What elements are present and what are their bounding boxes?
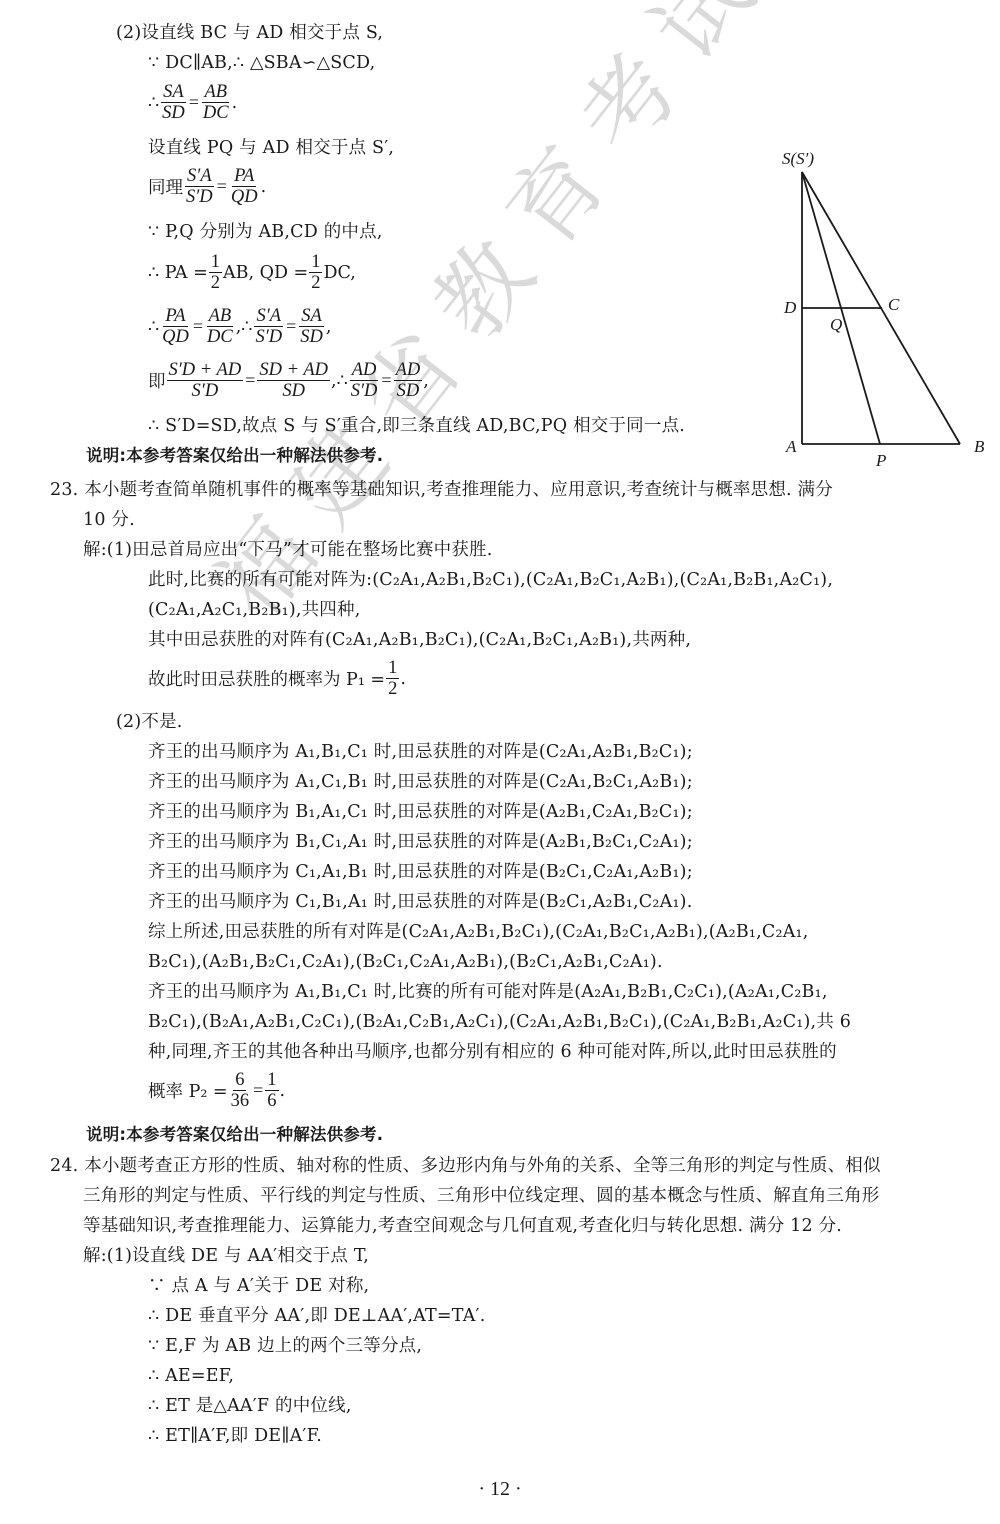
q23-all-line-1: 齐王的出马顺序为 A₁,B₁,C₁ 时,比赛的所有可能对阵是(A₂A₁,B₂B₁… xyxy=(148,980,828,1004)
fraction: PAQD xyxy=(229,166,260,207)
fraction: 636 xyxy=(229,1070,252,1111)
q22-p2-line-3: ∴ SASD = ABDC . xyxy=(148,82,237,123)
label-P: P xyxy=(875,451,886,470)
fraction: SD + ADSD xyxy=(257,360,330,401)
q23-order-line: 齐王的出马顺序为 A₁,C₁,B₁ 时,田忌获胜的对阵是(C₂A₁,B₂C₁,A… xyxy=(148,770,693,794)
fraction: S′D + ADS′D xyxy=(167,360,244,401)
q24-intro-line-1: 24. 本小题考查正方形的性质、轴对称的性质、多边形内角与外角的关系、全等三角形… xyxy=(50,1154,881,1178)
label-A: A xyxy=(785,437,797,456)
q22-p2-line-6: ∵ P,Q 分别为 AB,CD 的中点, xyxy=(148,220,383,244)
q23-order-line: 齐王的出马顺序为 C₁,B₁,A₁ 时,田忌获胜的对阵是(B₂C₁,A₂B₁,C… xyxy=(148,890,692,914)
q23-all-line-2: B₂C₁),(B₂A₁,A₂B₁,C₂C₁),(B₂A₁,C₂B₁,A₂C₁),… xyxy=(148,1010,851,1034)
q22-p2-line-4: 设直线 PQ 与 AD 相交于点 S′, xyxy=(148,136,394,160)
fraction: ADSD xyxy=(394,360,423,401)
q24-line: ∵ E,F 为 AB 边上的两个三等分点, xyxy=(148,1334,422,1358)
q23-probability-line: 概率 P₂ = 636 = 16 . xyxy=(148,1070,285,1111)
q23-p1-line-3: (C₂A₁,A₂C₁,B₂B₁),共四种, xyxy=(148,598,360,622)
q24-intro-line-3: 等基础知识,考查推理能力、运算能力,考查空间观念与几何直观,考查化归与转化思想.… xyxy=(83,1214,842,1238)
q24-line: ∵ 点 A 与 A′关于 DE 对称, xyxy=(148,1274,369,1298)
q22-p2-line-2: ∵ DC∥AB,∴ △SBA∽△SCD, xyxy=(148,51,375,75)
fraction: SASD xyxy=(298,306,325,347)
fraction: ADS′D xyxy=(349,360,380,401)
trapezoid-diagram: S(S′)DCQAPB xyxy=(760,140,1000,470)
fraction: 12 xyxy=(386,658,399,699)
q24-line: ∴ AE=EF, xyxy=(148,1364,234,1388)
q22-p2-line-1: (2)设直线 BC 与 AD 相交于点 S, xyxy=(116,21,383,45)
label-Q: Q xyxy=(830,315,842,334)
document-page: 福建省教育考试院 (2)设直线 BC 与 AD 相交于点 S, ∵ DC∥AB,… xyxy=(0,0,1000,1524)
fraction: S′AS′D xyxy=(184,166,215,207)
q23-order-line: 齐王的出马顺序为 A₁,B₁,C₁ 时,田忌获胜的对阵是(C₂A₁,A₂B₁,B… xyxy=(148,740,693,764)
q23-order-line: 齐王的出马顺序为 B₁,C₁,A₁ 时,田忌获胜的对阵是(A₂B₁,B₂C₁,C… xyxy=(148,830,693,854)
q23-p1-line-5: 故此时田忌获胜的概率为 P₁ = 12 . xyxy=(148,658,406,699)
fraction: 12 xyxy=(309,252,322,293)
q22-p2-line-10: ∴ S′D=SD,故点 S 与 S′重合,即三条直线 AD,BC,PQ 相交于同… xyxy=(148,414,685,438)
q22-p2-line-7: ∴ PA = 12 AB, QD = 12 DC, xyxy=(148,252,356,293)
q23-intro-line-2: 10 分. xyxy=(83,508,135,532)
therefore-symbol: ∴ xyxy=(148,93,159,113)
label-B: B xyxy=(974,437,985,456)
fraction: PAQD xyxy=(160,306,191,347)
q23-order-line: 齐王的出马顺序为 B₁,A₁,C₁ 时,田忌获胜的对阵是(A₂B₁,C₂A₁,B… xyxy=(148,800,693,824)
q22-note: 说明:本参考答案仅给出一种解法供参考. xyxy=(86,444,383,468)
q23-intro-line-1: 23. 本小题考查简单随机事件的概率等基础知识,考查推理能力、应用意识,考查统计… xyxy=(50,478,833,502)
fraction: SASD xyxy=(160,82,187,123)
q23-all-line-3: 种,同理,齐王的其他各种出马顺序,也都分别有相应的 6 种可能对阵,所以,此时田… xyxy=(148,1040,837,1064)
q23-p1-line-2: 此时,比赛的所有可能对阵为:(C₂A₁,A₂B₁,B₂C₁),(C₂A₁,B₂C… xyxy=(148,568,833,592)
q24-line: ∴ ET∥A′F,即 DE∥A′F. xyxy=(148,1424,322,1448)
page-number: · 12 · xyxy=(0,1478,1000,1501)
q23-p1-line-4: 其中田忌获胜的对阵有(C₂A₁,A₂B₁,B₂C₁),(C₂A₁,B₂C₁,A₂… xyxy=(148,628,691,652)
q23-order-line: 齐王的出马顺序为 C₁,A₁,B₁ 时,田忌获胜的对阵是(B₂C₁,C₂A₁,A… xyxy=(148,860,693,884)
label-S: S(S′) xyxy=(782,149,814,168)
q23-summary-line-1: 综上所述,田忌获胜的所有对阵是(C₂A₁,A₂B₁,B₂C₁),(C₂A₁,B₂… xyxy=(148,920,809,944)
q23-summary-line-2: B₂C₁),(A₂B₁,B₂C₁,C₂A₁),(B₂C₁,C₂A₁,A₂B₁),… xyxy=(148,950,663,974)
q23-note: 说明:本参考答案仅给出一种解法供参考. xyxy=(86,1123,383,1147)
label-C: C xyxy=(888,295,900,314)
fraction: S′AS′D xyxy=(253,306,284,347)
q23-p1-line-1: 解:(1)田忌首局应出“下马”才可能在整场比赛中获胜. xyxy=(83,538,493,562)
fraction: ABDC xyxy=(205,306,235,347)
fraction: 12 xyxy=(209,252,222,293)
q24-line: 解:(1)设直线 DE 与 AA′相交于点 T, xyxy=(83,1244,369,1268)
fraction: 16 xyxy=(265,1070,278,1111)
q22-p2-line-5: 同理 S′AS′D = PAQD . xyxy=(148,166,266,207)
q22-p2-line-8: ∴ PAQD = ABDC ,∴ S′AS′D = SASD , xyxy=(148,306,331,347)
q24-intro-line-2: 三角形的判定与性质、平行线的判定与性质、三角形中位线定理、圆的基本概念与性质、解… xyxy=(83,1184,880,1208)
fraction: ABDC xyxy=(201,82,231,123)
label-D: D xyxy=(783,298,797,317)
q24-line: ∴ ET 是△AA′F 的中位线, xyxy=(148,1394,352,1418)
q24-line: ∴ DE 垂直平分 AA′,即 DE⊥AA′,AT=TA′. xyxy=(148,1304,485,1328)
q23-p2-line-1: (2)不是. xyxy=(116,710,183,734)
q22-p2-line-9: 即 S′D + ADS′D = SD + ADSD ,∴ ADS′D = ADS… xyxy=(148,360,429,401)
